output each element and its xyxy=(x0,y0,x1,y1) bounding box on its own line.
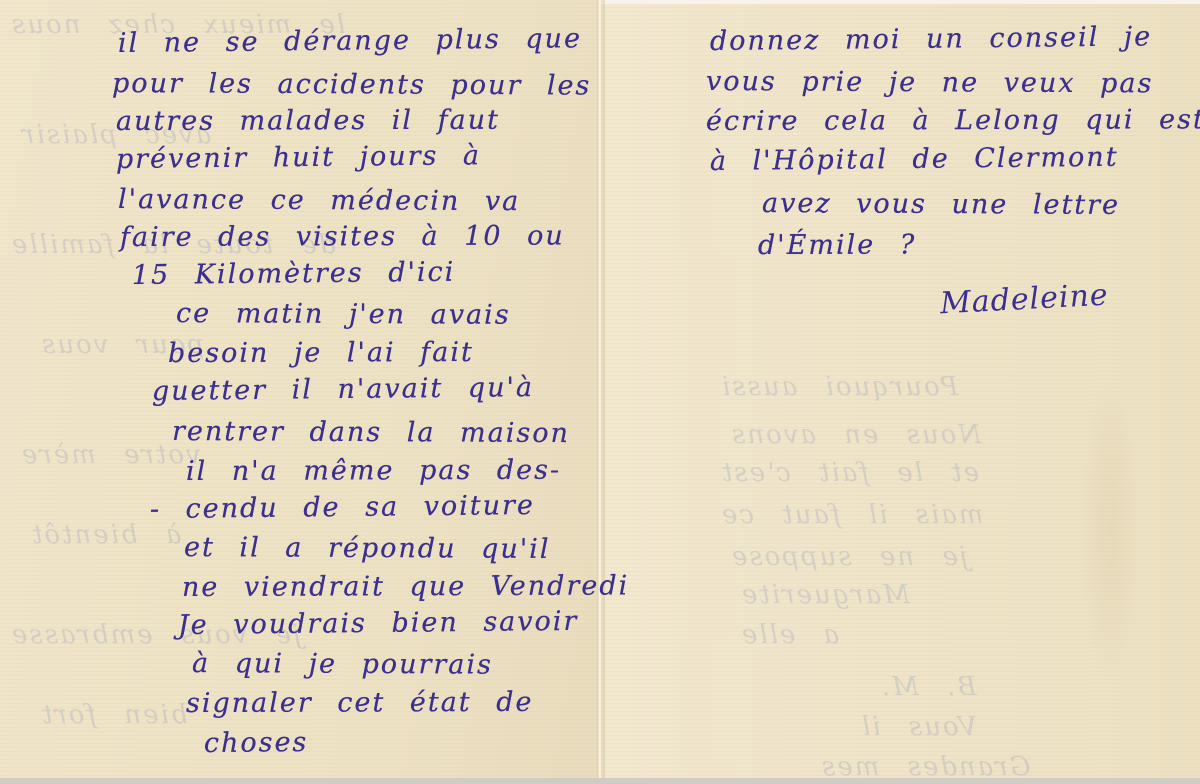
bleed-through-text: Pourquoi aussi xyxy=(720,372,958,402)
handwritten-line: avez vous une lettre xyxy=(762,190,1120,219)
handwritten-line: à qui je pourrais xyxy=(192,650,493,679)
bleed-through-text: B. M. xyxy=(880,672,977,702)
bleed-through-text: je ne suppose xyxy=(730,542,968,572)
handwritten-line: il n'a même pas des- xyxy=(186,457,561,485)
handwritten-line: écrire cela à Lelong qui est xyxy=(706,106,1200,135)
paper-top-edge xyxy=(600,0,1200,4)
handwritten-line: Je voudrais bien savoir xyxy=(178,608,579,639)
handwritten-line: autres malades il faut xyxy=(116,107,500,135)
letter-spread: le mieux chez nousavec plaisirde toute l… xyxy=(0,0,1200,778)
handwritten-line: guetter il n'avait qu'à xyxy=(152,374,534,405)
handwritten-line: à l'Hôpital de Clermont xyxy=(710,144,1119,175)
handwritten-line: et il a répondu qu'il xyxy=(184,534,551,563)
center-fold xyxy=(597,0,605,778)
handwritten-line: il ne se dérange plus que xyxy=(118,25,582,57)
handwritten-line: vous prie je ne veux pas xyxy=(706,68,1153,97)
handwritten-line: pour les accidents pour les xyxy=(112,70,591,100)
handwritten-line: 15 Kilomètres d'ici xyxy=(132,259,456,289)
handwritten-line: donnez moi un conseil je xyxy=(710,23,1153,55)
bleed-through-text: Vous il xyxy=(860,712,977,742)
handwritten-line: besoin je l'ai fait xyxy=(168,339,474,367)
handwritten-line: - cendu de sa voiture xyxy=(150,492,535,523)
handwritten-line: signaler cet état de xyxy=(186,689,534,717)
bleed-through-text: a elle xyxy=(740,620,839,650)
handwritten-line: faire des visites à 10 ou xyxy=(120,222,565,251)
handwritten-line: choses xyxy=(204,729,309,757)
handwritten-line: l'avance ce médecin va xyxy=(118,186,520,215)
bleed-through-text: Marguerite xyxy=(740,580,910,610)
handwritten-line: rentrer dans la maison xyxy=(172,418,570,447)
bleed-through-text: bien fort xyxy=(40,700,188,730)
handwritten-line: ne viendrait que Vendredi xyxy=(182,572,629,601)
handwritten-line: prévenir huit jours à xyxy=(116,142,481,173)
handwritten-line: ce matin j'en avais xyxy=(176,300,511,329)
scan-bottom-edge xyxy=(0,778,1200,784)
bleed-through-text: Grandes mes xyxy=(820,752,1030,778)
handwritten-line: d'Émile ? xyxy=(758,231,916,259)
bleed-through-text: Nous en avons xyxy=(730,420,981,450)
bleed-through-text: et le fait c'est xyxy=(720,458,979,488)
paper-crease xyxy=(1080,380,1140,680)
bleed-through-text: mais il faut ce xyxy=(720,500,984,530)
